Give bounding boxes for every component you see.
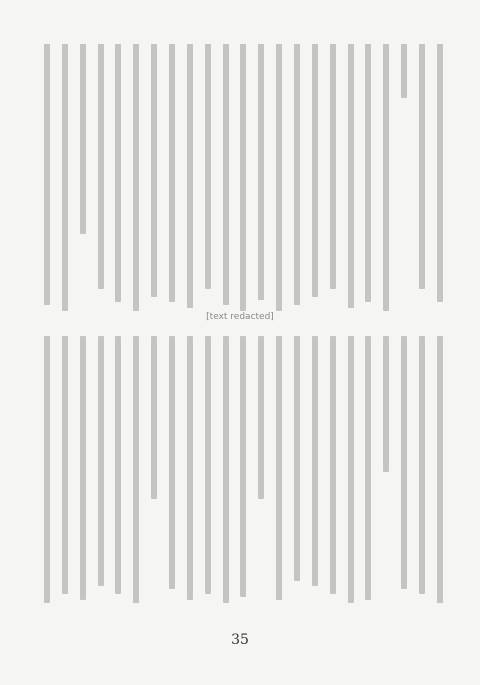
redacted-text-column xyxy=(399,336,408,608)
redacted-text-column xyxy=(221,44,230,316)
redacted-text-column xyxy=(60,336,69,608)
redaction-bar xyxy=(258,336,264,499)
redacted-text-column xyxy=(363,336,372,608)
redaction-bar xyxy=(223,336,229,603)
redacted-text-column xyxy=(131,44,140,316)
page-number: 35 xyxy=(0,632,480,648)
redaction-bar xyxy=(365,44,371,302)
redacted-text-column xyxy=(113,44,122,316)
redaction-bar xyxy=(44,336,50,603)
redaction-bar xyxy=(98,44,104,289)
redaction-bar xyxy=(133,44,139,311)
redacted-text-column xyxy=(417,44,426,316)
redacted-text-column xyxy=(328,336,337,608)
redacted-text-column xyxy=(149,336,158,608)
redaction-bar xyxy=(44,44,50,305)
redaction-bar xyxy=(437,44,443,302)
redacted-text-column xyxy=(96,336,105,608)
redaction-bar xyxy=(62,336,68,594)
redaction-bar xyxy=(348,44,354,308)
redaction-bar xyxy=(151,44,157,297)
redacted-text-column xyxy=(42,44,51,316)
redacted-text-column xyxy=(399,44,408,316)
bottom-text-block xyxy=(42,336,444,608)
redacted-text-column xyxy=(167,336,176,608)
top-text-block xyxy=(42,44,444,316)
redacted-text-column xyxy=(381,336,390,608)
redaction-bar xyxy=(240,336,246,597)
redacted-text-column xyxy=(78,336,87,608)
redacted-text-column xyxy=(131,336,140,608)
redaction-bar xyxy=(258,44,264,300)
redacted-text-column xyxy=(310,44,319,316)
redaction-bar xyxy=(276,336,282,600)
redacted-text-column xyxy=(167,44,176,316)
redacted-text-column xyxy=(435,44,444,316)
redacted-text-column xyxy=(435,336,444,608)
redaction-bar xyxy=(80,336,86,600)
redacted-text-column xyxy=(238,336,247,608)
redaction-bar xyxy=(419,336,425,594)
redacted-text-column xyxy=(185,336,194,608)
redacted-text-column xyxy=(60,44,69,316)
redacted-text-column xyxy=(274,44,283,316)
redaction-bar xyxy=(98,336,104,586)
redaction-bar xyxy=(437,336,443,603)
redaction-bar xyxy=(383,44,389,311)
redacted-text-column xyxy=(221,336,230,608)
redaction-bar xyxy=(133,336,139,603)
redacted-text-column xyxy=(346,336,355,608)
redaction-bar xyxy=(80,44,86,234)
redaction-bar xyxy=(312,336,318,586)
redacted-text-column xyxy=(96,44,105,316)
redaction-bar xyxy=(383,336,389,472)
redacted-text-column xyxy=(417,336,426,608)
redacted-text-column xyxy=(238,44,247,316)
redaction-bar xyxy=(312,44,318,297)
redacted-text-column xyxy=(274,336,283,608)
redacted-text-column xyxy=(78,44,87,316)
redaction-bar xyxy=(330,44,336,289)
redaction-bar xyxy=(205,44,211,289)
redaction-bar xyxy=(401,336,407,589)
redaction-bar xyxy=(294,336,300,581)
redaction-bar xyxy=(276,44,282,311)
redaction-bar xyxy=(169,44,175,302)
redacted-text-column xyxy=(363,44,372,316)
redaction-bar xyxy=(401,44,407,98)
redaction-bar xyxy=(62,44,68,311)
redacted-text-column xyxy=(292,44,301,316)
redaction-bar xyxy=(205,336,211,594)
redacted-text-column xyxy=(256,336,265,608)
redaction-bar xyxy=(240,44,246,311)
redacted-text-column xyxy=(292,336,301,608)
redaction-bar xyxy=(151,336,157,499)
redacted-text-column xyxy=(346,44,355,316)
redacted-text-column xyxy=(203,336,212,608)
redaction-bar xyxy=(187,336,193,600)
redaction-bar xyxy=(348,336,354,603)
redaction-bar xyxy=(419,44,425,289)
redacted-text-column xyxy=(113,336,122,608)
redacted-text-column xyxy=(42,336,51,608)
redacted-text-column xyxy=(149,44,158,316)
redacted-text-column xyxy=(310,336,319,608)
redaction-bar xyxy=(294,44,300,305)
redaction-bar xyxy=(115,44,121,302)
redaction-bar xyxy=(365,336,371,600)
redacted-text-column xyxy=(185,44,194,316)
redaction-bar xyxy=(223,44,229,305)
redaction-bar xyxy=(187,44,193,308)
redacted-text-column xyxy=(256,44,265,316)
redacted-text-column xyxy=(381,44,390,316)
redaction-bar xyxy=(115,336,121,594)
redacted-text-column xyxy=(328,44,337,316)
redaction-bar xyxy=(169,336,175,589)
redacted-text-column xyxy=(203,44,212,316)
redaction-notice: [text redacted] xyxy=(0,312,480,322)
redaction-bar xyxy=(330,336,336,594)
